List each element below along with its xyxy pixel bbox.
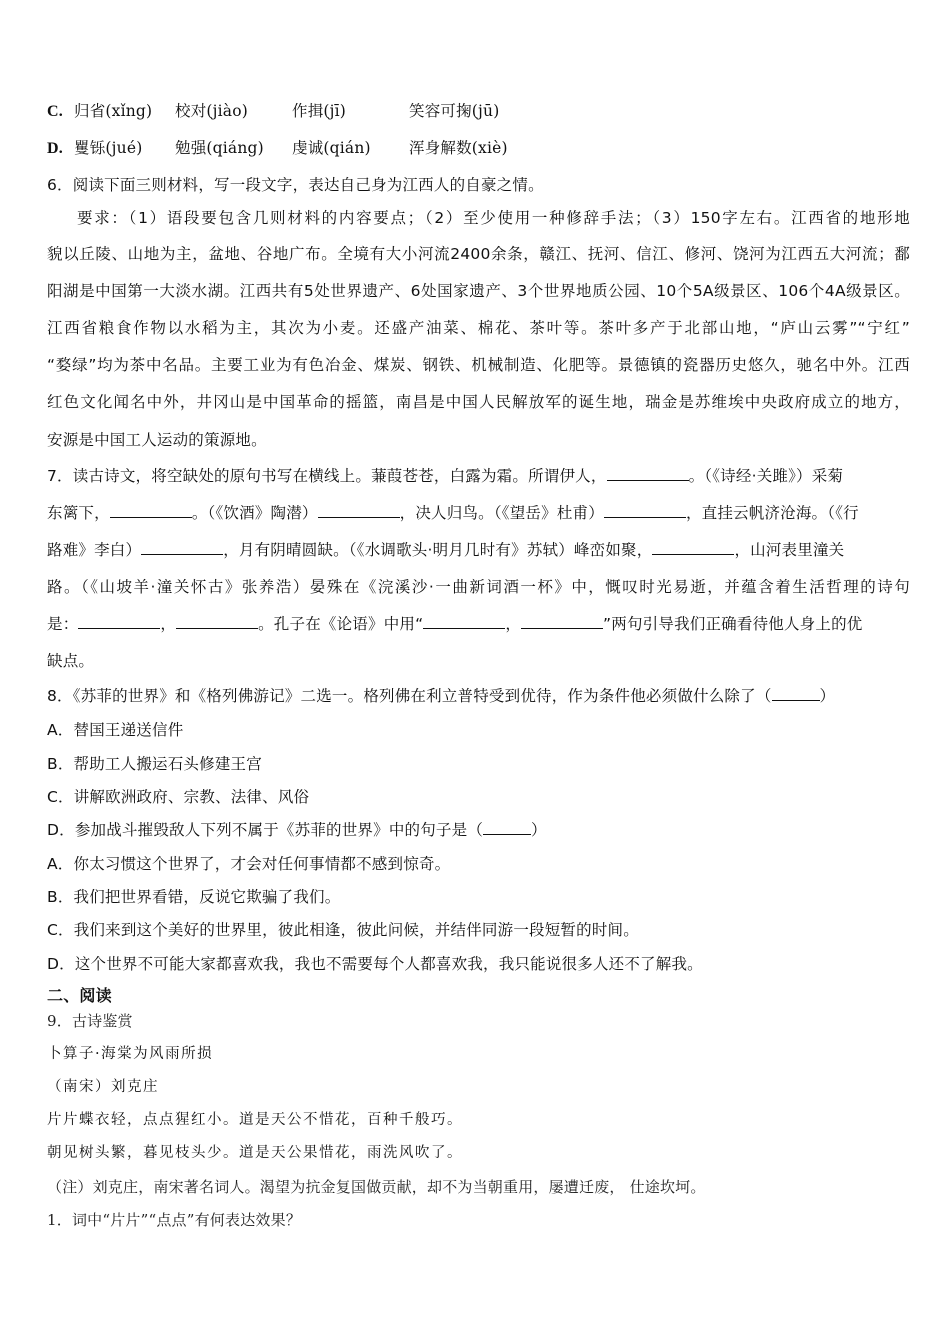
poem-line: 片片蝶衣轻，点点猩红小。道是天公不惜花，百种千般巧。 (47, 1110, 910, 1130)
poem-author: （南宋）刘克庄 (47, 1077, 910, 1097)
question-7-line: 缺点。 (47, 651, 910, 671)
answer-blank[interactable] (318, 503, 400, 518)
option-letter: D. (47, 140, 63, 157)
q6-text-line: 江西省粮食作物以水稻为主，其次为小麦。还盛产油菜、棉花、茶叶等。茶叶多产于北部山… (47, 318, 910, 338)
answer-blank[interactable] (652, 540, 734, 555)
answer-blank[interactable] (483, 820, 531, 835)
option-item: 作揖(jī) (292, 101, 346, 121)
answer-blank[interactable] (141, 540, 223, 555)
answer-blank[interactable] (521, 614, 603, 629)
option-d-row: D. 矍铄(jué) 勉强(qiáng) 虔诚(qián) 浑身解数(xiè) (47, 138, 910, 159)
q6-text-line: 要求：（1）语段要包含几则材料的内容要点；（2）至少使用一种修辞手法；（3）15… (77, 208, 910, 228)
option-letter: C. (47, 103, 63, 120)
q8-option-b: B．帮助工人搬运石头修建王宫 (47, 754, 910, 774)
option-c-row: C. 归省(xǐng) 校对(jiào) 作揖(jī) 笑容可掬(jū) (47, 101, 910, 122)
option-item: 浑身解数(xiè) (409, 138, 508, 158)
q8-option-a: A．替国王递送信件 (47, 720, 910, 740)
poem-line: 朝见树头繁，暮见枝头少。道是天公果惜花，雨洗风吹了。 (47, 1143, 910, 1163)
q6-text-line: 貌以丘陵、山地为主，盆地、谷地广布。全境有大小河流2400余条，赣江、抚河、信江… (47, 244, 910, 264)
q8-sub-option-c: C．我们来到这个美好的世界里，彼此相逢，彼此问候，并结伴同游一段短暂的时间。 (47, 920, 910, 940)
question-6-stem: 6．阅读下面三则材料，写一段文字，表达自己身为江西人的自豪之情。 (47, 175, 910, 195)
q6-text-line: 安源是中国工人运动的策源地。 (47, 430, 910, 450)
option-item: 归省(xǐng) (74, 101, 152, 121)
q8-sub-option-b: B．我们把世界看错，反说它欺骗了我们。 (47, 887, 910, 907)
answer-blank[interactable] (604, 503, 686, 518)
q6-text-line: 阳湖是中国第一大淡水湖。江西共有5处世界遗产、6处国家遗产、3个世界地质公园、1… (47, 281, 910, 301)
answer-blank[interactable] (423, 614, 505, 629)
q8-sub-option-a: A．你太习惯这个世界了，才会对任何事情都不感到惊奇。 (47, 854, 910, 874)
question-7-line: 路难》李白），月有阴晴圆缺。（《水调歌头·明月几时有》苏轼）峰峦如聚，，山河表里… (47, 540, 910, 560)
question-7-line: 路。（《山坡羊·潼关怀古》张养浩）晏殊在《浣溪沙·一曲新词酒一杯》中，慨叹时光易… (47, 577, 910, 597)
question-7-line: 7．读古诗文，将空缺处的原句书写在横线上。蒹葭苍苍，白露为霜。所谓伊人，。（《诗… (47, 466, 910, 486)
question-7-line: 东篱下，。（《饮酒》陶潜），决人归鸟。（《望岳》杜甫），直挂云帆济沧海。（《行 (47, 503, 910, 523)
answer-blank[interactable] (176, 614, 258, 629)
question-9-title: 9．古诗鉴赏 (47, 1011, 910, 1031)
option-item: 笑容可掬(jū) (409, 101, 499, 121)
answer-blank[interactable] (110, 503, 192, 518)
answer-blank[interactable] (78, 614, 160, 629)
q6-text-line: “婺绿”均为茶中名品。主要工业为有色冶金、煤炭、钢铁、机械制造、化肥等。景德镇的… (47, 355, 910, 375)
question-8-stem: 8．《苏菲的世界》和《格列佛游记》二选一。格列佛在利立普特受到优待，作为条件他必… (47, 686, 910, 706)
q8-option-c: C．讲解欧洲政府、宗教、法律、风俗 (47, 787, 910, 807)
poem-title: 卜算子·海棠为风雨所损 (47, 1044, 910, 1064)
poem-question-1: 1．词中“片片”“点点”有何表达效果？ (47, 1210, 910, 1230)
q8-option-d: D．参加战斗摧毁敌人下列不属于《苏菲的世界》中的句子是（） (47, 820, 910, 840)
answer-blank[interactable] (772, 686, 820, 701)
q6-text-line: 红色文化闻名中外，井冈山是中国革命的摇篮，南昌是中国人民解放军的诞生地，瑞金是苏… (47, 392, 910, 412)
option-item: 矍铄(jué) (74, 138, 142, 158)
option-item: 校对(jiào) (175, 101, 248, 121)
option-item: 勉强(qiáng) (175, 138, 264, 158)
poem-note: （注）刘克庄，南宋著名词人。渴望为抗金复国做贡献，却不为当朝重用，屡遭迁废， 仕… (47, 1177, 910, 1197)
section-heading: 二、阅读 (47, 986, 910, 1006)
q8-sub-option-d: D．这个世界不可能大家都喜欢我，我也不需要每个人都喜欢我，我只能说很多人还不了解… (47, 954, 910, 974)
option-item: 虔诚(qián) (292, 138, 371, 158)
answer-blank[interactable] (607, 466, 689, 481)
question-7-line: 是：，。孔子在《论语》中用“，”两句引导我们正确看待他人身上的优 (47, 614, 910, 634)
